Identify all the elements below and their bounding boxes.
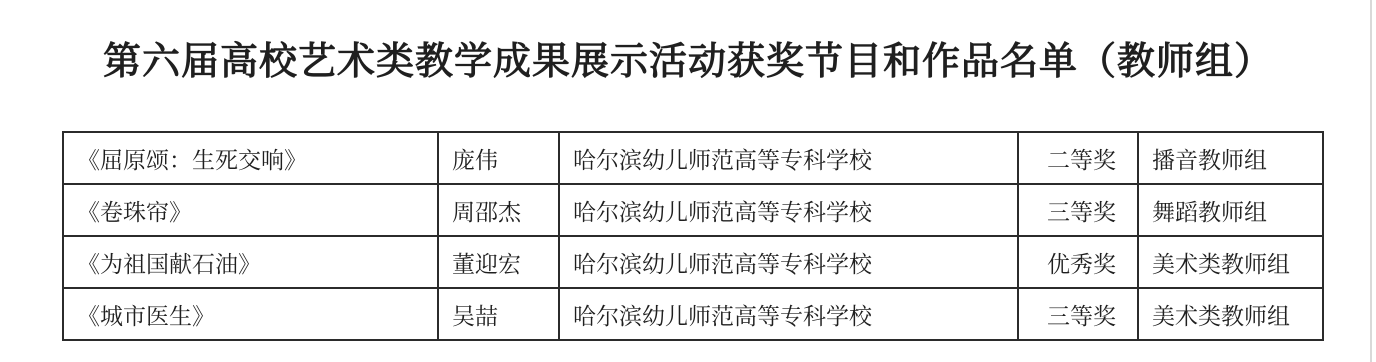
cell-school: 哈尔滨幼儿师范高等专科学校 [559,132,1018,184]
cell-award: 优秀奖 [1018,236,1138,288]
cell-group: 播音教师组 [1138,132,1323,184]
table-row: 《城市医生》 吴喆 哈尔滨幼儿师范高等专科学校 三等奖 美术类教师组 [63,288,1323,340]
table-row: 《屈原颂：生死交响》 庞伟 哈尔滨幼儿师范高等专科学校 二等奖 播音教师组 [63,132,1323,184]
cell-work-title: 《为祖国献石油》 [63,236,438,288]
cell-performer: 周邵杰 [438,184,559,236]
awards-table: 《屈原颂：生死交响》 庞伟 哈尔滨幼儿师范高等专科学校 二等奖 播音教师组 《卷… [62,131,1324,341]
cell-award: 二等奖 [1018,132,1138,184]
scan-edge-line [1370,0,1372,362]
cell-school: 哈尔滨幼儿师范高等专科学校 [559,288,1018,340]
cell-performer: 吴喆 [438,288,559,340]
cell-work-title: 《屈原颂：生死交响》 [63,132,438,184]
cell-work-title: 《卷珠帘》 [63,184,438,236]
cell-performer: 董迎宏 [438,236,559,288]
cell-work-title: 《城市医生》 [63,288,438,340]
document-title: 第六届高校艺术类教学成果展示活动获奖节目和作品名单（教师组） [0,30,1376,85]
cell-group: 美术类教师组 [1138,236,1323,288]
cell-performer: 庞伟 [438,132,559,184]
cell-group: 美术类教师组 [1138,288,1323,340]
cell-school: 哈尔滨幼儿师范高等专科学校 [559,184,1018,236]
table-row: 《为祖国献石油》 董迎宏 哈尔滨幼儿师范高等专科学校 优秀奖 美术类教师组 [63,236,1323,288]
table-row: 《卷珠帘》 周邵杰 哈尔滨幼儿师范高等专科学校 三等奖 舞蹈教师组 [63,184,1323,236]
cell-award: 三等奖 [1018,288,1138,340]
cell-group: 舞蹈教师组 [1138,184,1323,236]
document-page: 第六届高校艺术类教学成果展示活动获奖节目和作品名单（教师组） 《屈原颂：生死交响… [0,0,1376,362]
cell-school: 哈尔滨幼儿师范高等专科学校 [559,236,1018,288]
cell-award: 三等奖 [1018,184,1138,236]
